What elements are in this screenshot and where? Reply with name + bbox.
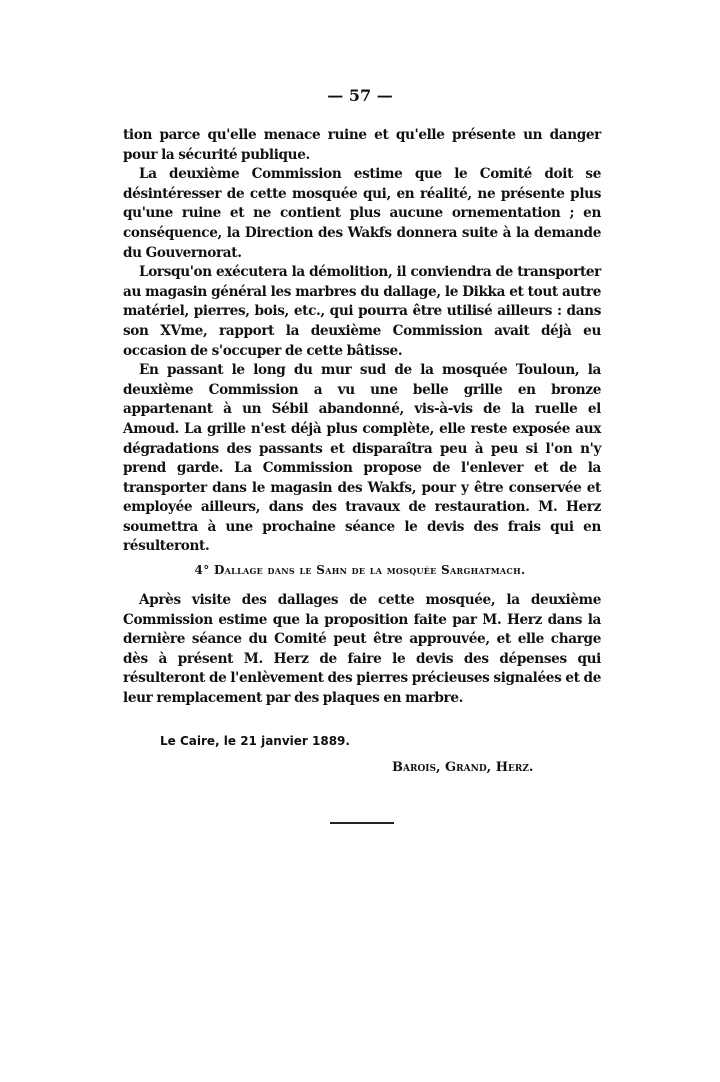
place-date: Le Caire, le 21 janvier 1889.	[160, 734, 350, 748]
section-heading: 4° Dallage dans le Sahn de la mosquée Sa…	[0, 563, 720, 577]
paragraph: Lorsqu'on exécutera la démolition, il co…	[123, 263, 601, 361]
paragraph: Après visite des dallages de cette mosqu…	[123, 591, 601, 709]
end-rule-divider	[330, 822, 394, 824]
section-2-text: Après visite des dallages de cette mosqu…	[123, 591, 601, 709]
paragraph: En passant le long du mur sud de la mosq…	[123, 361, 601, 557]
signatures: Barois, Grand, Herz.	[392, 760, 533, 775]
section-1-text: tion parce qu'elle menace ruine et qu'el…	[123, 126, 601, 557]
page-number: — 57 —	[0, 86, 720, 105]
paragraph: La deuxième Commission estime que le Com…	[123, 165, 601, 263]
paragraph: tion parce qu'elle menace ruine et qu'el…	[123, 126, 601, 165]
